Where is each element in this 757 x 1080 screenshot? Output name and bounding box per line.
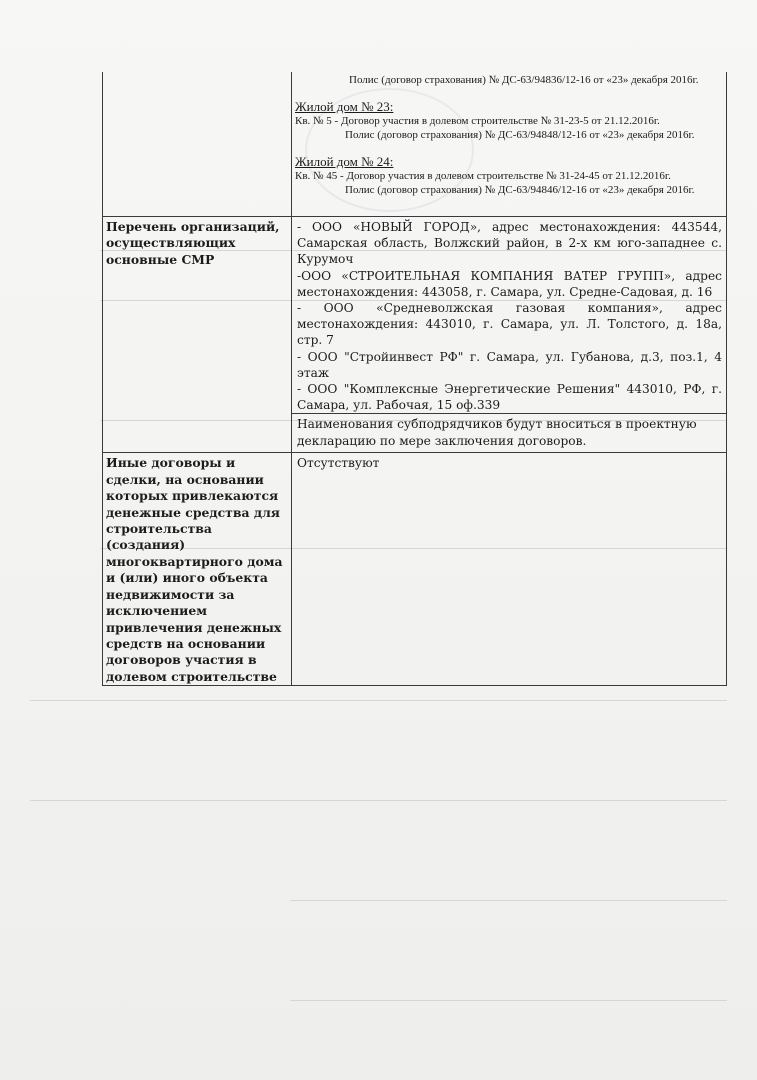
bleed-through-line [30, 800, 727, 801]
declaration-table: Полис (договор страхования) № ДС-63/9483… [102, 72, 727, 686]
house-title: Жилой дом № 23: [295, 99, 726, 114]
bleed-through-line [290, 1000, 727, 1001]
policy-line: Полис (договор страхования) № ДС-63/9484… [295, 128, 726, 142]
insurance-continuation-cell: Полис (договор страхования) № ДС-63/9483… [292, 72, 727, 217]
contractor-item: - ООО "Комплексные Энергетические Решени… [297, 381, 722, 413]
contractor-item: -ООО «СТРОИТЕЛЬНАЯ КОМПАНИЯ ВАТЕР ГРУПП»… [297, 268, 722, 300]
bleed-through-line [290, 900, 727, 901]
contractors-list: - ООО «НОВЫЙ ГОРОД», адрес местонахожден… [292, 217, 727, 414]
contractor-item: - ООО «Средневолжская газовая компания»,… [297, 300, 722, 349]
bleed-through-line [30, 700, 727, 701]
table-row-contractors: Перечень организаций, осуществляющих осн… [103, 217, 727, 414]
contractor-item: - ООО "Стройинвест РФ" г. Самара, ул. Гу… [297, 349, 722, 381]
house-title: Жилой дом № 24: [295, 154, 726, 169]
contractor-item: - ООО «НОВЫЙ ГОРОД», адрес местонахожден… [297, 219, 722, 268]
subcontractors-note: Наименования субподрядчиков будут вносит… [292, 414, 727, 453]
table-row-insurance-continuation: Полис (договор страхования) № ДС-63/9483… [103, 72, 727, 217]
policy-line: Полис (договор страхования) № ДС-63/9483… [295, 73, 726, 87]
table-row-other-contracts: Иные договоры и сделки, на основании кот… [103, 453, 727, 686]
contract-line: Кв. № 5 - Договор участия в долевом стро… [295, 114, 726, 128]
other-contracts-value: Отсутствуют [292, 453, 727, 686]
other-contracts-label: Иные договоры и сделки, на основании кот… [103, 453, 292, 686]
row-label-empty [103, 72, 292, 217]
document-page: Полис (договор страхования) № ДС-63/9483… [0, 0, 757, 1080]
policy-line: Полис (договор страхования) № ДС-63/9484… [295, 183, 726, 197]
contractors-label: Перечень организаций, осуществляющих осн… [103, 217, 292, 453]
contract-line: Кв. № 45 - Договор участия в долевом стр… [295, 169, 726, 183]
